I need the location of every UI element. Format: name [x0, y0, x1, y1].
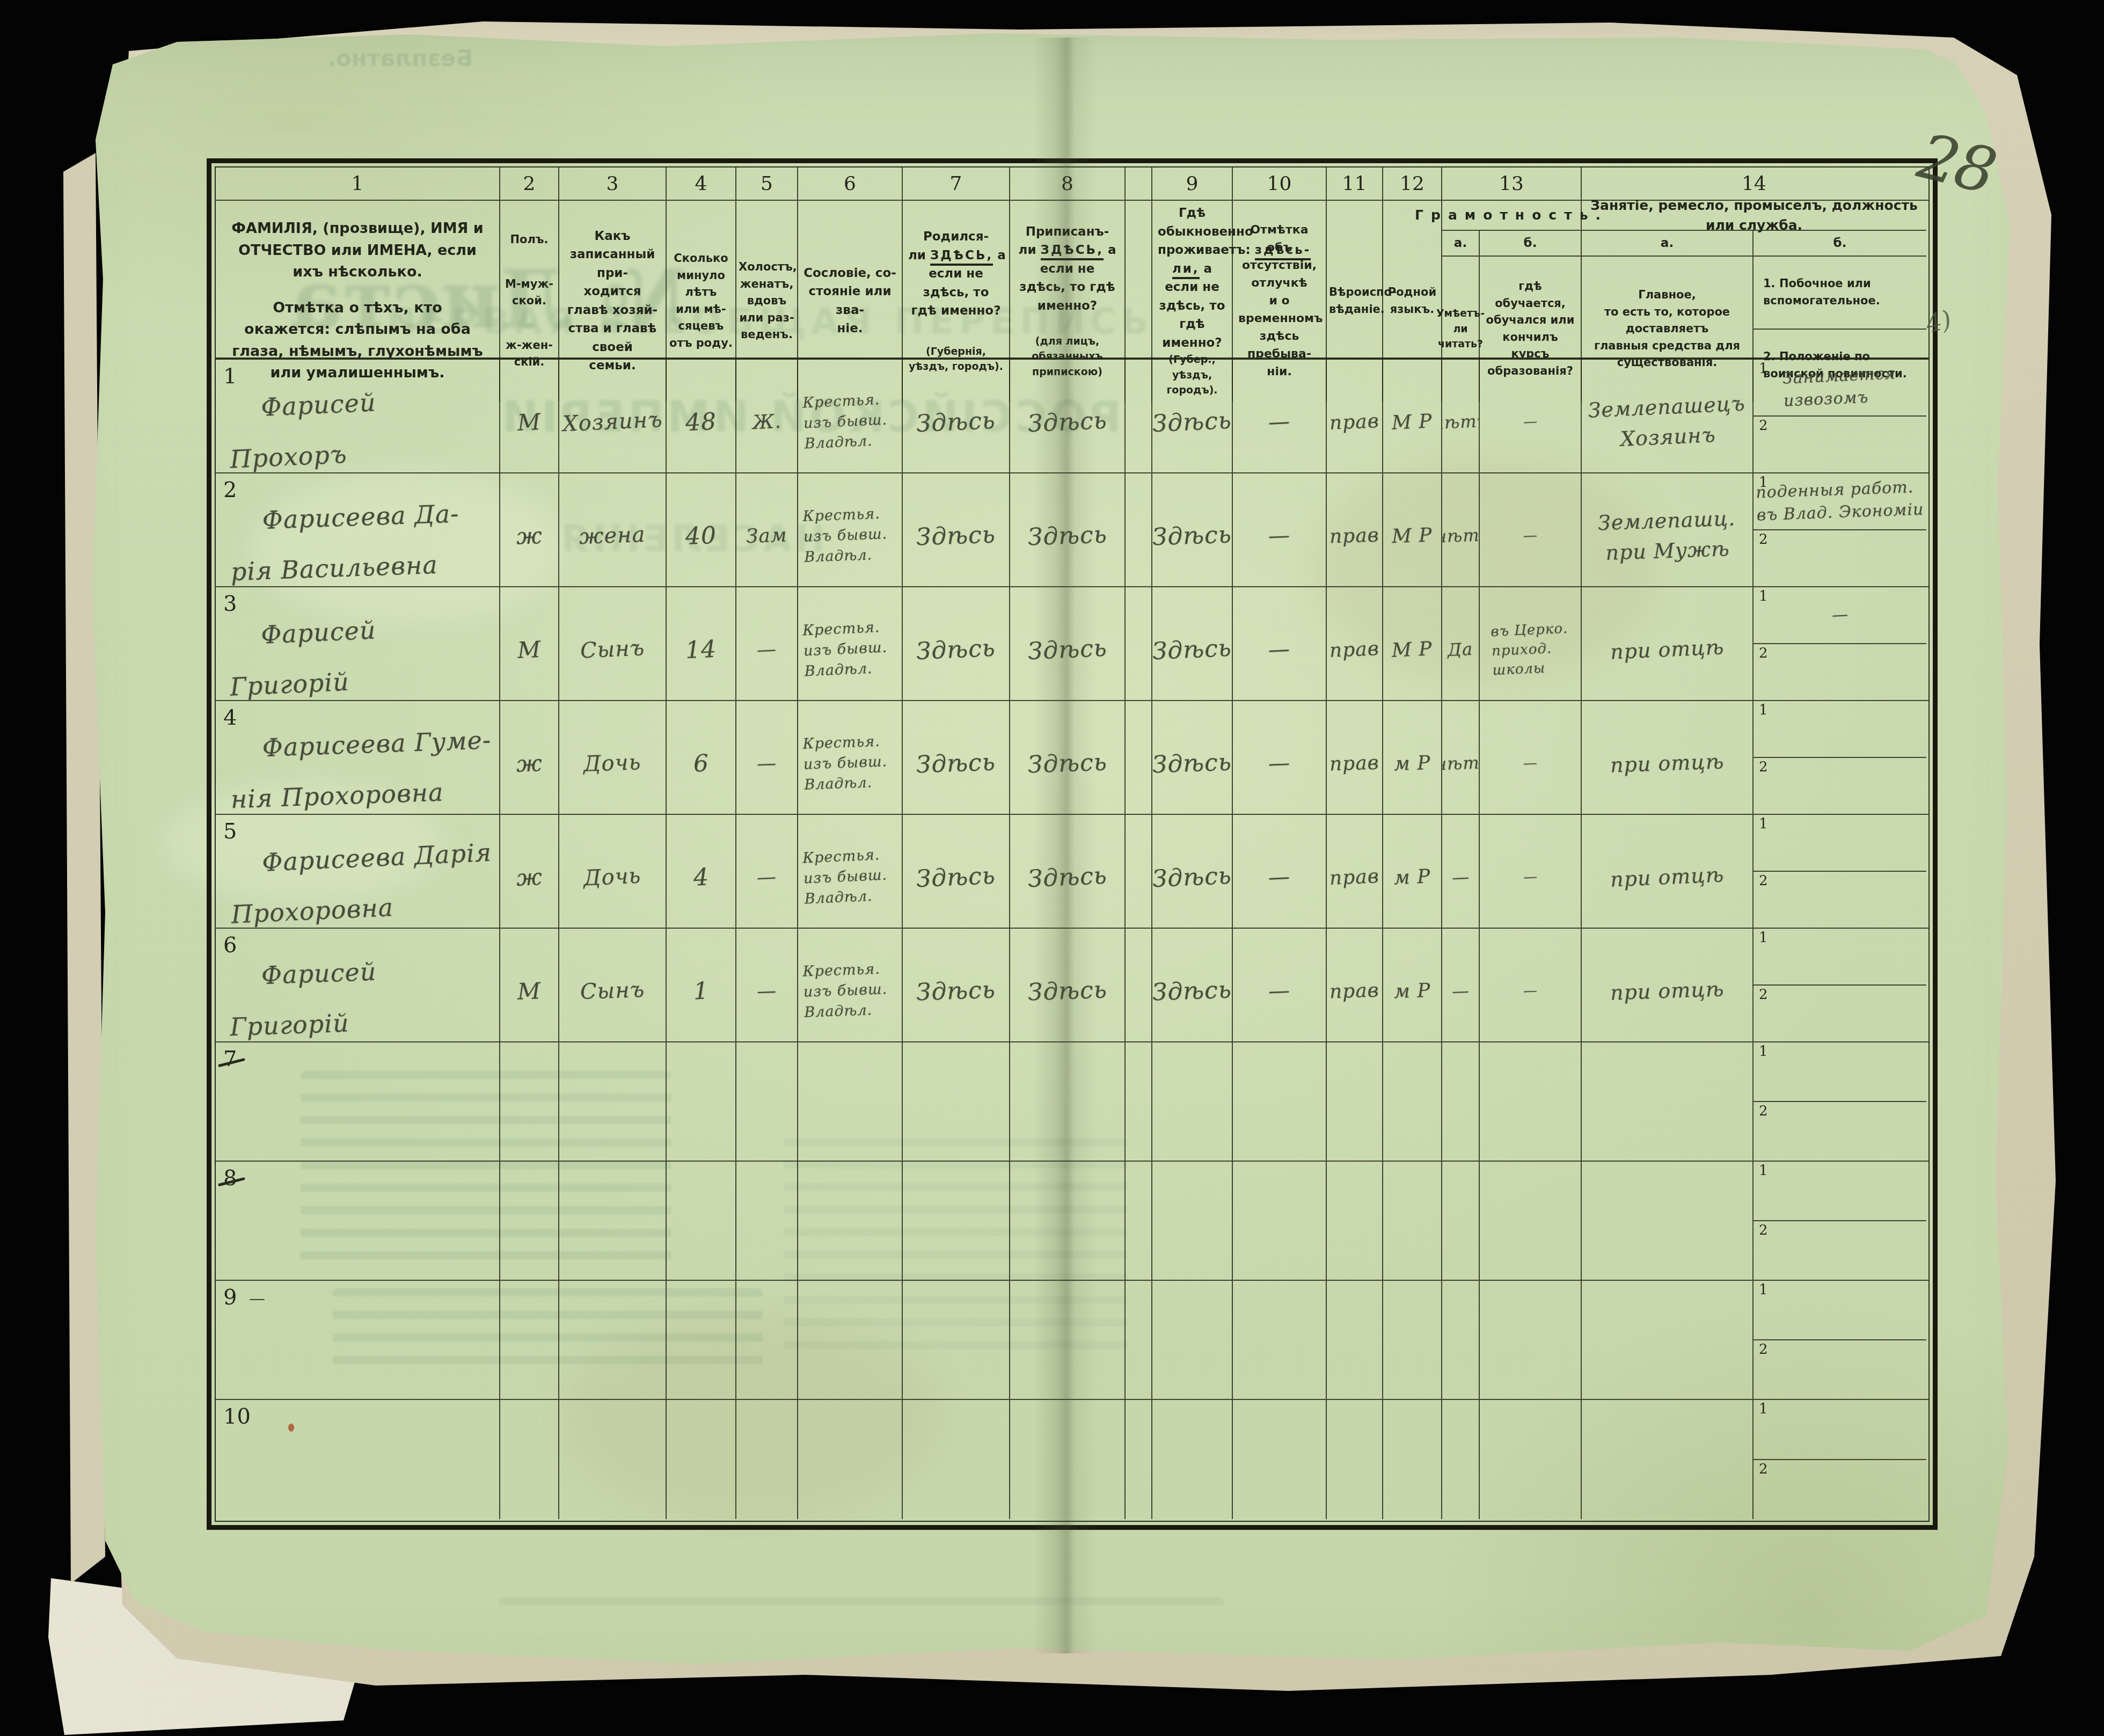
col-number: 3 — [559, 167, 667, 200]
col-number: 1 — [216, 167, 500, 200]
fold-gap — [1126, 929, 1152, 1041]
table-row: 6 Фарисей Григорій Прохоровъ М Сынъ 1 — … — [216, 929, 1928, 1042]
scan-background: { "document": { "page_number_handwritten… — [0, 0, 2104, 1736]
cell-sex: М — [500, 929, 559, 1041]
cell-age: 14 — [667, 587, 736, 700]
col-number: 2 — [500, 167, 559, 200]
side-occupation-1: 1 — [1754, 1042, 1926, 1102]
cell-relation: Дочь — [559, 815, 667, 928]
side-occupation-2: 2 — [1754, 1460, 1926, 1519]
cell-occupation-side: 1 2 — [1754, 929, 1926, 1041]
side-occupation-1: 1 — [1754, 1281, 1926, 1340]
handwritten-name: Фарисей Григорій Прохоровъ — [216, 593, 500, 700]
cell-residence — [1152, 1400, 1233, 1519]
cell-absence — [1233, 1281, 1327, 1399]
cell-relation: Сынъ — [559, 587, 667, 700]
cell-literate — [1442, 1400, 1480, 1519]
cell-absence — [1233, 1042, 1327, 1161]
side-occupation-2: 2 — [1754, 1221, 1926, 1280]
side-occupation-1: 1 — [1754, 701, 1926, 758]
handwritten-name — [216, 1048, 499, 1067]
cell-age — [667, 1281, 736, 1399]
cell-occupation-main: при отцѣ — [1582, 701, 1754, 814]
cell-literate: — — [1442, 815, 1480, 928]
cell-marital: — — [736, 929, 798, 1041]
bleedthrough-paragraph — [499, 1597, 1224, 1615]
cell-relation: Сынъ — [559, 929, 667, 1041]
cell-religion: прав — [1327, 929, 1383, 1041]
col-number: 11 — [1327, 167, 1383, 200]
cell-estate — [798, 1042, 903, 1161]
side-occupation-2: 2 — [1754, 644, 1926, 700]
cell-occupation-side: 1 2 — [1754, 1162, 1926, 1280]
cell-religion: прав — [1327, 815, 1383, 928]
handwritten-name: Фарисей Григорій Прохоровъ — [216, 936, 500, 1041]
fold-gap — [1126, 587, 1152, 700]
cell-estate: Крестья. изъ бывш. Владѣл. — [798, 815, 903, 928]
cell-language — [1383, 1400, 1442, 1519]
fold-gap — [1126, 1162, 1152, 1280]
cell-name: 7 — [216, 1042, 500, 1161]
cell-relation — [559, 1400, 667, 1519]
cell-residence — [1152, 1162, 1233, 1280]
cell-education: въ Церко. приход. школы — [1480, 587, 1582, 700]
cell-literate: нѣт. — [1442, 701, 1480, 814]
cell-occupation-main: Землепашецъ Хозяинъ — [1582, 360, 1754, 472]
cell-residence — [1152, 1042, 1233, 1161]
table-row: 3 Фарисей Григорій Прохоровъ М Сынъ 14 —… — [216, 587, 1928, 701]
col-number: 7 — [903, 167, 1010, 200]
cell-age — [667, 1400, 736, 1519]
cell-name: 2 Фарисеева Да- рія Васильевна — [216, 473, 500, 586]
table-row: 7 1 2 — [216, 1042, 1928, 1162]
cell-marital — [736, 1042, 798, 1161]
cell-literate: — — [1442, 929, 1480, 1041]
cell-estate: Крестья. изъ бывш. Владѣл. — [798, 929, 903, 1041]
col-number: 8 — [1010, 167, 1126, 200]
cell-registered-here: Здѣсь — [1010, 473, 1126, 586]
cell-born-here — [903, 1400, 1010, 1519]
cell-born-here: Здѣсь — [903, 473, 1010, 586]
cell-registered-here: Здѣсь — [1010, 815, 1126, 928]
cell-education — [1480, 1400, 1582, 1519]
cell-residence: Здѣсь — [1152, 587, 1233, 700]
cell-registered-here: Здѣсь — [1010, 360, 1126, 472]
cell-language — [1383, 1281, 1442, 1399]
cell-residence: Здѣсь — [1152, 929, 1233, 1041]
cell-marital — [736, 1281, 798, 1399]
cell-born-here: Здѣсь — [903, 929, 1010, 1041]
handwritten-name — [216, 1407, 499, 1423]
col-number: 12 — [1383, 167, 1442, 200]
row-number: 7 — [223, 1047, 237, 1071]
table-rows: 1 Фарисей Прохоръ Андреевъ М Хозяинъ 48 … — [216, 360, 1928, 1521]
cell-name: 6 Фарисей Григорій Прохоровъ — [216, 929, 500, 1041]
cell-registered-here — [1010, 1400, 1126, 1519]
col14b-letter: б. — [1754, 231, 1926, 257]
cell-estate: Крестья. изъ бывш. Владѣл. — [798, 587, 903, 700]
col-number: 5 — [736, 167, 798, 200]
cell-registered-here: Здѣсь — [1010, 701, 1126, 814]
cell-literate — [1442, 1042, 1480, 1161]
cell-occupation-main: при отцѣ — [1582, 929, 1754, 1041]
cell-age: 1 — [667, 929, 736, 1041]
cell-occupation-side: 1 2 — [1754, 1042, 1926, 1161]
cell-absence: — — [1233, 929, 1327, 1041]
cell-occupation-side: 1 2 — [1754, 815, 1926, 928]
side-occupation-1: 1 — [1754, 1162, 1926, 1221]
cell-born-here — [903, 1162, 1010, 1280]
cell-sex — [500, 1400, 559, 1519]
fold-gap — [1126, 167, 1152, 200]
cell-age: 40 — [667, 473, 736, 586]
cell-residence: Здѣсь — [1152, 815, 1233, 928]
cell-religion — [1327, 1281, 1383, 1399]
cell-education — [1480, 1281, 1582, 1399]
cell-marital — [736, 1162, 798, 1280]
cell-marital: Зам — [736, 473, 798, 586]
side-occupation-2: 2 — [1754, 530, 1926, 586]
col14a-letter: а. — [1582, 231, 1752, 257]
fold-gap — [1126, 1042, 1152, 1161]
cell-age — [667, 1042, 736, 1161]
cell-born-here — [903, 1281, 1010, 1399]
cell-estate: Крестья. изъ бывш. Владѣл. — [798, 473, 903, 586]
cell-marital: Ж. — [736, 360, 798, 472]
col14b-item1: 1. Побочное или вспомогательное. — [1754, 257, 1926, 330]
table-row: 8 1 2 — [216, 1162, 1928, 1281]
cell-occupation-main — [1582, 1400, 1754, 1519]
side-occupation-1: 1 — — [1754, 587, 1926, 644]
cell-religion: прав — [1327, 473, 1383, 586]
cell-registered-here: Здѣсь — [1010, 929, 1126, 1041]
cell-absence: — — [1233, 815, 1327, 928]
cell-sex: ж — [500, 701, 559, 814]
cell-sex: М — [500, 587, 559, 700]
handwritten-name: Фарисеева Да- рія Васильевна — [216, 480, 500, 586]
col-number: 10 — [1233, 167, 1327, 200]
handwritten-name — [216, 1169, 499, 1185]
cell-occupation-main: при отцѣ — [1582, 815, 1754, 928]
cell-education: — — [1480, 473, 1582, 586]
cell-residence: Здѣсь — [1152, 360, 1233, 472]
cell-language: М Р — [1383, 360, 1442, 472]
cell-estate — [798, 1162, 903, 1280]
cell-religion: прав — [1327, 587, 1383, 700]
table-row: 5 Фарисеева Дарія Прохоровна ж Дочь 4 — … — [216, 815, 1928, 929]
cell-occupation-main: Землепашц. при Мужѣ — [1582, 473, 1754, 586]
cell-name: 4 Фарисеева Гуме- нія Прохоровна — [216, 701, 500, 814]
cell-age — [667, 1162, 736, 1280]
cell-estate: Крестья. изъ бывш. Владѣл. — [798, 701, 903, 814]
cell-literate: нѣтъ — [1442, 360, 1480, 472]
cell-religion — [1327, 1042, 1383, 1161]
cell-occupation-side: 1 2 — [1754, 701, 1926, 814]
table-header: ФАМИЛІЯ, (прозвище), ИМЯ и ОТЧЕСТВО или … — [216, 201, 1928, 360]
cell-occupation-side: 1 2 — [1754, 1400, 1926, 1519]
cell-religion: прав — [1327, 360, 1383, 472]
cell-language: м Р — [1383, 815, 1442, 928]
cell-residence — [1152, 1281, 1233, 1399]
side-occupation-1: 1 поденныя работ. въ Влад. Экономіи — [1754, 473, 1926, 530]
cell-absence — [1233, 1400, 1327, 1519]
handwritten-name: Фарисей Прохоръ Андреевъ — [216, 365, 500, 472]
col13a-letter: а. — [1442, 231, 1480, 256]
cell-name: 1 Фарисей Прохоръ Андреевъ — [216, 360, 500, 472]
table-row: 4 Фарисеева Гуме- нія Прохоровна ж Дочь … — [216, 701, 1928, 815]
fold-gap — [1126, 701, 1152, 814]
cell-absence: — — [1233, 701, 1327, 814]
cell-occupation-main — [1582, 1281, 1754, 1399]
handwritten-name: Фарисеева Гуме- нія Прохоровна — [216, 708, 500, 814]
cell-absence — [1233, 1162, 1327, 1280]
col-number: 6 — [798, 167, 903, 200]
side-occupation-2: 2 — [1754, 986, 1926, 1041]
side-occupation-2: 2 — [1754, 1102, 1926, 1161]
cell-language — [1383, 1042, 1442, 1161]
cell-sex — [500, 1042, 559, 1161]
cell-born-here: Здѣсь — [903, 701, 1010, 814]
row-number: 9 — [223, 1285, 237, 1310]
side-occupation-1: 1 Занимается извозомъ — [1754, 360, 1926, 417]
cell-relation: Хозяинъ — [559, 360, 667, 472]
cell-born-here: Здѣсь — [903, 587, 1010, 700]
side-occupation-1: 1 — [1754, 929, 1926, 986]
cell-religion: прав — [1327, 701, 1383, 814]
table-row: 2 Фарисеева Да- рія Васильевна ж жена 40… — [216, 473, 1928, 587]
cell-education: — — [1480, 929, 1582, 1041]
cell-relation — [559, 1162, 667, 1280]
cell-registered-here — [1010, 1281, 1126, 1399]
cell-name: 9 — — [216, 1281, 500, 1399]
cell-born-here — [903, 1042, 1010, 1161]
cell-religion — [1327, 1162, 1383, 1280]
cell-registered-here — [1010, 1042, 1126, 1161]
side-occupation-1: 1 — [1754, 1400, 1926, 1460]
cell-estate — [798, 1281, 903, 1399]
cell-language: М Р — [1383, 587, 1442, 700]
cell-born-here: Здѣсь — [903, 815, 1010, 928]
cell-education: — — [1480, 815, 1582, 928]
cell-marital: — — [736, 701, 798, 814]
cell-absence: — — [1233, 473, 1327, 586]
cell-literate — [1442, 1281, 1480, 1399]
cell-sex: М — [500, 360, 559, 472]
cell-religion — [1327, 1400, 1383, 1519]
table-row: 1 Фарисей Прохоръ Андреевъ М Хозяинъ 48 … — [216, 360, 1928, 473]
cell-marital — [736, 1400, 798, 1519]
cell-literate — [1442, 1162, 1480, 1280]
cell-language: м Р — [1383, 929, 1442, 1041]
cell-relation — [559, 1042, 667, 1161]
cell-relation: Дочь — [559, 701, 667, 814]
fold-gap — [1126, 473, 1152, 586]
cell-language — [1383, 1162, 1442, 1280]
cell-relation: жена — [559, 473, 667, 586]
cell-occupation-side: 1 — 2 — [1754, 587, 1926, 700]
cell-occupation-main — [1582, 1042, 1754, 1161]
fold-gap — [1126, 1400, 1152, 1519]
table-row: 9 — 1 2 — [216, 1281, 1928, 1400]
side-occupation-2: 2 — [1754, 758, 1926, 814]
cell-occupation-main: при отцѣ — [1582, 587, 1754, 700]
side-occupation-2: 2 — [1754, 417, 1926, 472]
cell-name: 5 Фарисеева Дарія Прохоровна — [216, 815, 500, 928]
cell-absence: — — [1233, 360, 1327, 472]
cell-registered-here: Здѣсь — [1010, 587, 1126, 700]
cell-estate: Крестья. изъ бывш. Владѣл. — [798, 360, 903, 472]
fold-gap — [1126, 360, 1152, 472]
cell-marital: — — [736, 587, 798, 700]
side-occupation-2: 2 — [1754, 1340, 1926, 1399]
cell-name: 3 Фарисей Григорій Прохоровъ — [216, 587, 500, 700]
cell-occupation-side: 1 Занимается извозомъ 2 — [1754, 360, 1926, 472]
fold-gap — [1126, 1281, 1152, 1399]
col13b-letter: б. — [1480, 231, 1581, 256]
cell-born-here: Здѣсь — [903, 360, 1010, 472]
cell-age: 6 — [667, 701, 736, 814]
cell-education — [1480, 1162, 1582, 1280]
cell-relation — [559, 1281, 667, 1399]
cell-education — [1480, 1042, 1582, 1161]
cell-literate: нѣт. — [1442, 473, 1480, 586]
cell-age: 48 — [667, 360, 736, 472]
cell-occupation-side: 1 поденныя работ. въ Влад. Экономіи 2 — [1754, 473, 1926, 586]
col-number: 4 — [667, 167, 736, 200]
table-row: 10 1 2 — [216, 1400, 1928, 1519]
cell-residence: Здѣсь — [1152, 473, 1233, 586]
cell-sex: ж — [500, 473, 559, 586]
col-number: 13 — [1442, 167, 1582, 200]
cell-absence: — — [1233, 587, 1327, 700]
cell-residence: Здѣсь — [1152, 701, 1233, 814]
cell-literate: Да — [1442, 587, 1480, 700]
cell-language: М Р — [1383, 473, 1442, 586]
cell-name: 8 — [216, 1162, 500, 1280]
cell-name: 10 — [216, 1400, 500, 1519]
cell-age: 4 — [667, 815, 736, 928]
cell-education: — — [1480, 701, 1582, 814]
census-table: 1 2 3 4 5 6 7 8 9 10 11 12 13 14 ФАМИЛІЯ… — [207, 158, 1938, 1530]
cell-registered-here — [1010, 1162, 1126, 1280]
cell-estate — [798, 1400, 903, 1519]
side-occupation-2: 2 — [1754, 872, 1926, 928]
col-number: 9 — [1152, 167, 1233, 200]
cell-sex: ж — [500, 815, 559, 928]
cell-education: — — [1480, 360, 1582, 472]
handwritten-name: Фарисеева Дарія Прохоровна — [216, 820, 500, 928]
fold-gap — [1126, 815, 1152, 928]
cell-occupation-main — [1582, 1162, 1754, 1280]
cell-sex — [500, 1281, 559, 1399]
cell-marital: — — [736, 815, 798, 928]
side-occupation-1: 1 — [1754, 815, 1926, 872]
cell-language: м Р — [1383, 701, 1442, 814]
cell-sex — [500, 1162, 559, 1280]
cell-occupation-side: 1 2 — [1754, 1281, 1926, 1399]
